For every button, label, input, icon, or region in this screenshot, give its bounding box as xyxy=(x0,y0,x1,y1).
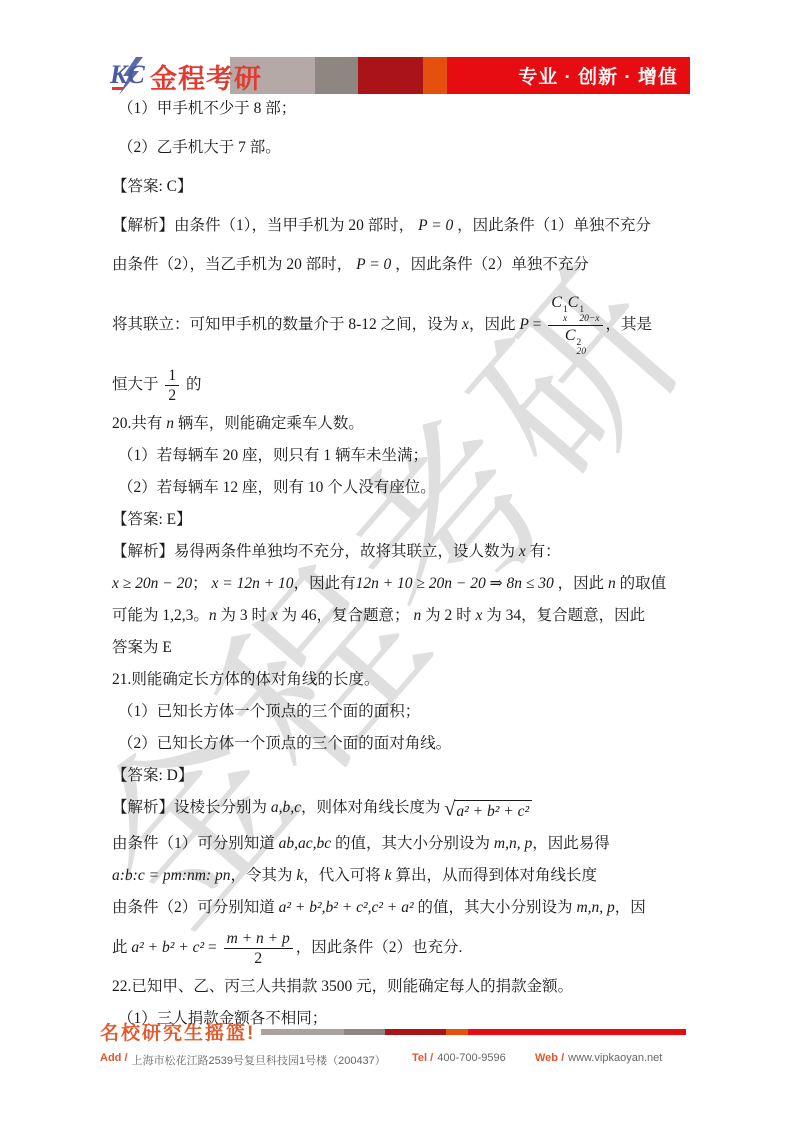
kc-logo-icon: KC xyxy=(110,56,146,96)
analysis-line: 答案为 E xyxy=(112,638,712,657)
bar-segment-red xyxy=(468,1029,686,1035)
footer-telephone: Tel /400-700-9596 xyxy=(412,1052,535,1068)
analysis-line-formula: 恒大于 12 的 xyxy=(112,367,712,404)
page-footer: 名校研究生摇篮! Add /上海市松花江路2539号复旦科技园1号楼（20043… xyxy=(100,1018,692,1068)
brand-name: 金程考研 xyxy=(150,57,262,96)
document-page: 金程考研 KC 金程考研 专业 · 创新 · 增值 （1）甲手机不少于 8 部；… xyxy=(0,0,793,1122)
bar-segment-dark-red xyxy=(385,1029,446,1035)
analysis-line-formula: 【解析】设棱长分别为 a,b,c，则体对角线长度为 √a² + b² + c² xyxy=(112,798,712,821)
question-line: 21.则能确定长方体的体对角线的长度。 xyxy=(112,670,712,689)
bar-segment-red-banner: 专业 · 创新 · 增值 xyxy=(447,57,690,94)
answer-line: 【答案: E】 xyxy=(112,510,712,529)
header-color-bar: 专业 · 创新 · 增值 xyxy=(230,57,690,94)
analysis-line: 【解析】由条件（1），当甲手机为 20 部时， P = 0 ，因此条件（1）单独… xyxy=(112,216,712,235)
bar-segment-light-gray xyxy=(261,1029,344,1035)
bar-segment-orange xyxy=(446,1029,468,1035)
bar-segment-orange xyxy=(423,57,447,94)
analysis-line: 可能为 1,2,3。n 为 3 时 x 为 46，复合题意； n 为 2 时 x… xyxy=(112,606,712,625)
square-root-expression: √a² + b² + c² xyxy=(444,800,532,821)
analysis-line-formula: 将其联立：可知甲手机的数量介于 8-12 之间，设为 x，因此 P = C1xC… xyxy=(112,294,712,357)
analysis-line: 【解析】易得两条件单独均不充分，故将其联立，设人数为 x 有： xyxy=(112,542,712,561)
analysis-line: 由条件（2）可分别知道 a² + b²,b² + c²,c² + a² 的值，其… xyxy=(112,898,712,917)
analysis-line: 由条件（2），当乙手机为 20 部时， P = 0 ，因此条件（2）单独不充分 xyxy=(112,255,712,274)
one-half-fraction: 12 xyxy=(165,367,179,404)
answer-line: 【答案: D】 xyxy=(112,766,712,785)
condition-line: （1）已知长方体一个顶点的三个面的面积； xyxy=(112,702,712,721)
footer-slogan: 名校研究生摇篮! xyxy=(100,1018,255,1045)
combination-fraction: C1xC120−xC220 xyxy=(548,294,602,357)
condition-line: （1）若每辆车 20 座，则只有 1 辆车未坐满； xyxy=(112,446,712,465)
condition-line: （2）乙手机大于 7 部。 xyxy=(112,138,712,157)
analysis-line: a:b:c = pm:nm: pn，令其为 k，代入可将 k 算出，从而得到体对… xyxy=(112,866,712,885)
logo-red-accent xyxy=(112,87,123,90)
answer-line: 【答案: C】 xyxy=(112,177,712,196)
analysis-line: x ≥ 20n − 20； x = 12n + 10，因此有12n + 10 ≥… xyxy=(112,574,712,593)
banner-slogan: 专业 · 创新 · 增值 xyxy=(518,62,690,89)
question-line: 22.已知甲、乙、丙三人共捐款 3500 元，则能确定每人的捐款金额。 xyxy=(112,977,712,996)
condition-line: （2）若每辆车 12 座，则有 10 个人没有座位。 xyxy=(112,478,712,497)
footer-color-bar xyxy=(261,1029,686,1035)
question-line: 20.共有 n 辆车，则能确定乘车人数。 xyxy=(112,414,712,433)
mnp-fraction: m + n + p2 xyxy=(224,930,293,967)
analysis-line: 由条件（1）可分别知道 ab,ac,bc 的值，其大小分别设为 m,n, p，因… xyxy=(112,834,712,853)
brand-logo: KC 金程考研 xyxy=(110,56,262,96)
analysis-line-formula: 此 a² + b² + c² = m + n + p2，因此条件（2）也充分. xyxy=(112,930,712,967)
bar-segment-dark-gray xyxy=(315,57,358,94)
footer-website: Web /www.vipkaoyan.net xyxy=(535,1052,662,1068)
condition-line: （1）甲手机不少于 8 部； xyxy=(112,99,712,118)
condition-line: （2）已知长方体一个顶点的三个面的面对角线。 xyxy=(112,734,712,753)
footer-address: Add /上海市松花江路2539号复旦科技园1号楼（200437） xyxy=(100,1052,412,1068)
bar-segment-dark-red xyxy=(358,57,423,94)
solution-content: （1）甲手机不少于 8 部； （2）乙手机大于 7 部。 【答案: C】 【解析… xyxy=(112,99,712,1041)
bar-segment-dark-gray xyxy=(344,1029,385,1035)
